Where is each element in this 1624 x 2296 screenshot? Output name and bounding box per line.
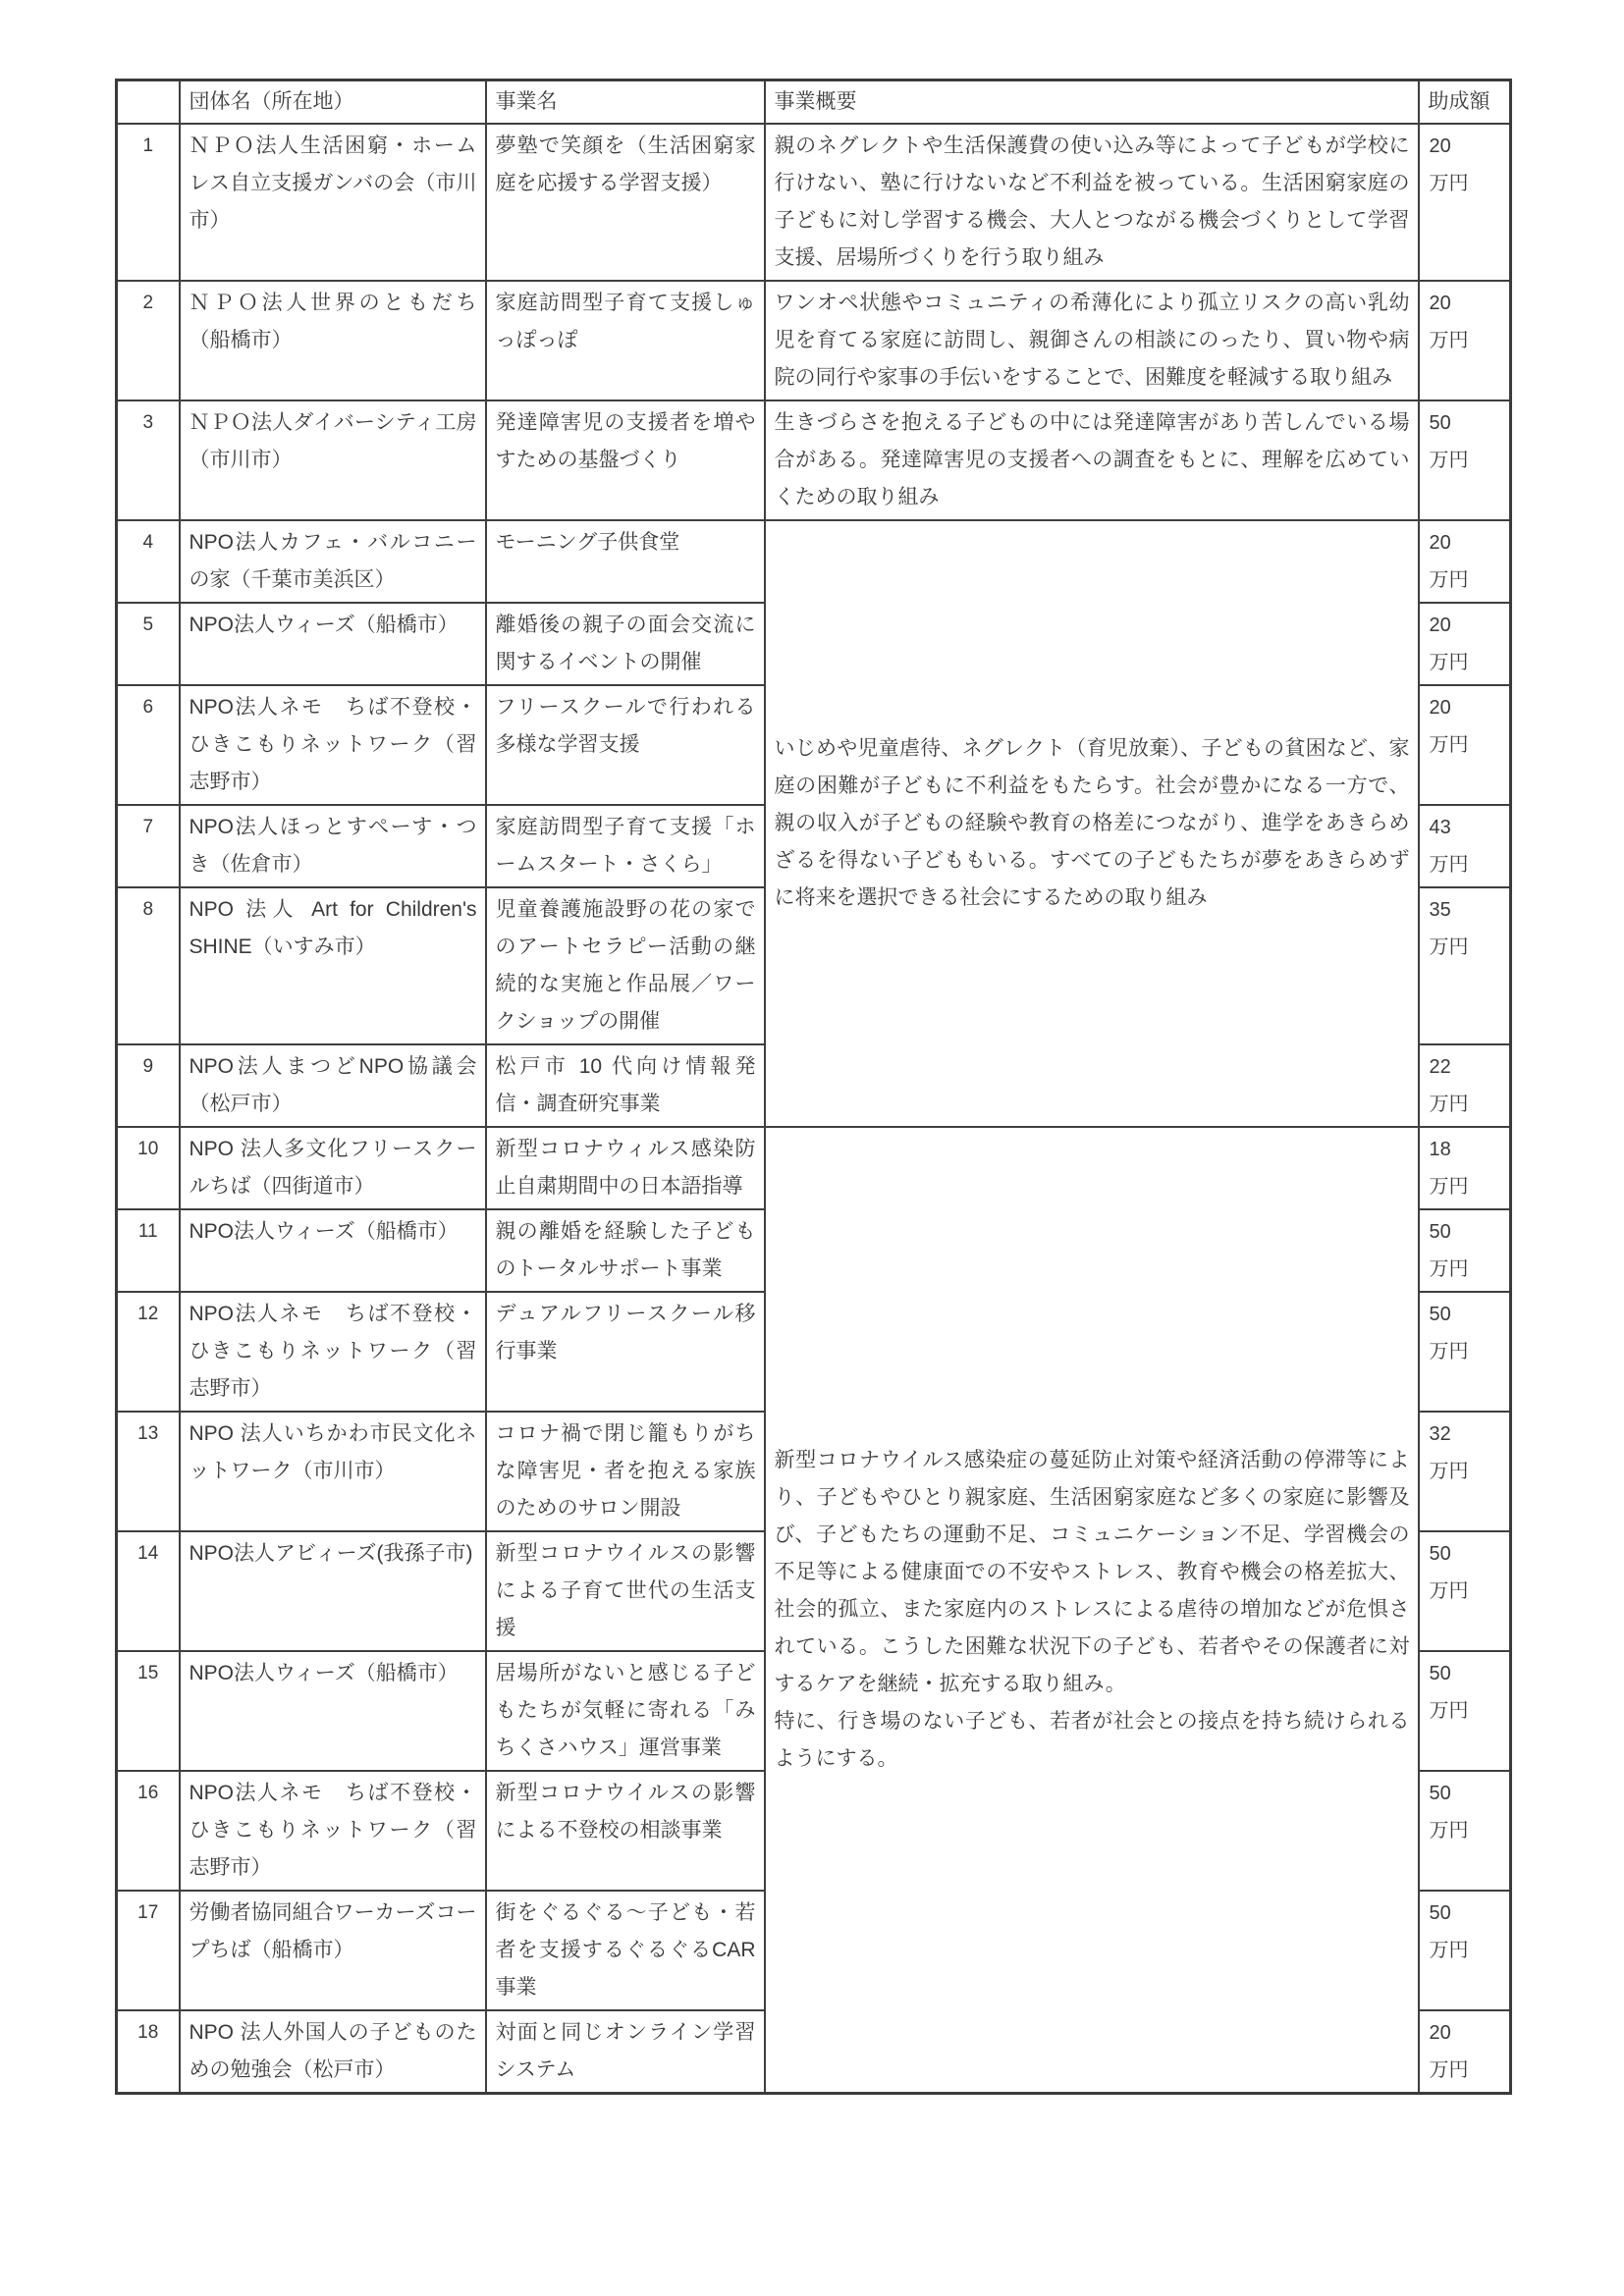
- grants-table: 団体名（所在地） 事業名 事業概要 助成額 1 ＮＰＯ法人生活困窮・ホームレス自…: [115, 79, 1512, 2095]
- row-number-cell: 11: [117, 1209, 180, 1292]
- grant-amount-unit: 万円: [1430, 1333, 1502, 1370]
- project-name-cell: 新型コロナウイルスの影響による不登校の相談事業: [486, 1771, 765, 1891]
- grant-amount-cell: 50 万円: [1419, 1531, 1511, 1651]
- summary-cell: ワンオペ状態やコミュニティの希薄化により孤立リスクの高い乳幼児を育てる家庭に訪問…: [765, 281, 1419, 400]
- row-number-cell: 10: [117, 1127, 180, 1209]
- grant-amount-unit: 万円: [1430, 165, 1502, 202]
- project-name-cell: 新型コロナウィルス感染防止自粛期間中の日本語指導: [486, 1127, 765, 1209]
- project-name-cell: 夢塾で笑顔を（生活困窮家庭を応援する学習支援）: [486, 124, 765, 281]
- table-body: 1 ＮＰＯ法人生活困窮・ホームレス自立支援ガンバの会（市川市） 夢塾で笑顔を（生…: [117, 124, 1511, 2094]
- row-number-cell: 16: [117, 1771, 180, 1891]
- header-org-cell: 団体名（所在地）: [180, 80, 486, 125]
- row-number-cell: 15: [117, 1651, 180, 1771]
- project-name-cell: 対面と同じオンライン学習システム: [486, 2010, 765, 2094]
- row-number-cell: 5: [117, 603, 180, 685]
- org-name-cell: NPO法人ネモ ちば不登校・ひきこもりネットワーク（習志野市）: [180, 1771, 486, 1891]
- grant-amount-value: 20: [1430, 128, 1502, 165]
- org-name-cell: NPO法人ウィーズ（船橋市）: [180, 1209, 486, 1292]
- grant-amount-cell: 20 万円: [1419, 124, 1511, 281]
- grant-amount-unit: 万円: [1430, 561, 1502, 599]
- project-name-cell: モーニング子供食堂: [486, 520, 765, 603]
- row-number-cell: 12: [117, 1292, 180, 1412]
- merged-summary-paragraph-2: 特に、行き場のない子ども、若者が社会との接点を持ち続けられるようにする。: [775, 1703, 1410, 1778]
- org-name-cell: NPO法人ウィーズ（船橋市）: [180, 603, 486, 685]
- org-name-cell: NPO法人ウィーズ（船橋市）: [180, 1651, 486, 1771]
- org-name-cell: NPO法人カフェ・バルコニーの家（千葉市美浜区）: [180, 520, 486, 603]
- org-name-cell: 労働者協同組合ワーカーズコープちば（船橋市）: [180, 1891, 486, 2010]
- project-name-cell: 家庭訪問型子育て支援「ホームスタート・さくら」: [486, 805, 765, 887]
- document-page: 団体名（所在地） 事業名 事業概要 助成額 1 ＮＰＯ法人生活困窮・ホームレス自…: [0, 0, 1624, 2296]
- summary-cell: 親のネグレクトや生活保護費の使い込み等によって子どもが学校に行けない、塾に行けな…: [765, 124, 1419, 281]
- grant-amount-value: 20: [1430, 524, 1502, 561]
- grant-amount-cell: 50 万円: [1419, 1209, 1511, 1292]
- grant-amount-value: 18: [1430, 1131, 1502, 1168]
- grant-amount-value: 50: [1430, 1535, 1502, 1573]
- grant-amount-unit: 万円: [1430, 644, 1502, 681]
- grant-amount-unit: 万円: [1430, 846, 1502, 883]
- grant-amount-unit: 万円: [1430, 1573, 1502, 1610]
- grant-amount-unit: 万円: [1430, 1812, 1502, 1849]
- grant-amount-cell: 20 万円: [1419, 603, 1511, 685]
- grant-amount-cell: 50 万円: [1419, 1771, 1511, 1891]
- project-name-cell: 居場所がないと感じる子どもたちが気軽に寄れる「みちくさハウス」運営事業: [486, 1651, 765, 1771]
- project-name-cell: 離婚後の親子の面会交流に関するイベントの開催: [486, 603, 765, 685]
- table-row-3: 3 ＮＰＯ法人ダイバーシティ工房（市川市） 発達障害児の支援者を増やすための基盤…: [117, 400, 1511, 520]
- org-name-cell: NPO 法人 Art for Children's SHINE（いすみ市）: [180, 887, 486, 1044]
- row-number-cell: 1: [117, 124, 180, 281]
- grant-amount-value: 35: [1430, 891, 1502, 929]
- header-summary-cell: 事業概要: [765, 80, 1419, 125]
- header-row: 団体名（所在地） 事業名 事業概要 助成額: [117, 80, 1511, 125]
- grant-amount-cell: 50 万円: [1419, 1651, 1511, 1771]
- org-name-cell: NPO 法人外国人の子どものための勉強会（松戸市）: [180, 2010, 486, 2094]
- grant-amount-cell: 35 万円: [1419, 887, 1511, 1044]
- grant-amount-value: 50: [1430, 1895, 1502, 1932]
- grant-amount-unit: 万円: [1430, 1932, 1502, 1969]
- project-name-cell: 児童養護施設野の花の家でのアートセラピー活動の継続的な実施と作品展／ワークショッ…: [486, 887, 765, 1044]
- table-row-1: 1 ＮＰＯ法人生活困窮・ホームレス自立支援ガンバの会（市川市） 夢塾で笑顔を（生…: [117, 124, 1511, 281]
- grant-amount-unit: 万円: [1430, 726, 1502, 764]
- table-row-2: 2 ＮＰＯ法人世界のともだち（船橋市） 家庭訪問型子育て支援しゅっぽっぽ ワンオ…: [117, 281, 1511, 400]
- grant-amount-cell: 43 万円: [1419, 805, 1511, 887]
- table-row-10: 10 NPO 法人多文化フリースクールちば（四街道市） 新型コロナウィルス感染防…: [117, 1127, 1511, 1209]
- org-name-cell: NPO法人ネモ ちば不登校・ひきこもりネットワーク（習志野市）: [180, 685, 486, 805]
- grant-amount-cell: 20 万円: [1419, 281, 1511, 400]
- org-name-cell: NPO 法人多文化フリースクールちば（四街道市）: [180, 1127, 486, 1209]
- table-header: 団体名（所在地） 事業名 事業概要 助成額: [117, 80, 1511, 125]
- project-name-cell: 松戸市 10 代向け情報発信・調査研究事業: [486, 1044, 765, 1127]
- org-name-cell: NPO法人まつどNPO協議会（松戸市）: [180, 1044, 486, 1127]
- grant-amount-unit: 万円: [1430, 2052, 1502, 2089]
- grant-amount-cell: 22 万円: [1419, 1044, 1511, 1127]
- org-name-cell: NPO法人ほっとすぺーす・つき（佐倉市）: [180, 805, 486, 887]
- grant-amount-unit: 万円: [1430, 929, 1502, 966]
- grant-amount-cell: 50 万円: [1419, 400, 1511, 520]
- row-number-cell: 17: [117, 1891, 180, 2010]
- grant-amount-value: 20: [1430, 607, 1502, 644]
- header-project-cell: 事業名: [486, 80, 765, 125]
- grant-amount-unit: 万円: [1430, 1453, 1502, 1490]
- grant-amount-value: 43: [1430, 809, 1502, 846]
- grant-amount-value: 50: [1430, 1655, 1502, 1692]
- grant-amount-value: 20: [1430, 2014, 1502, 2052]
- project-name-cell: デュアルフリースクール移行事業: [486, 1292, 765, 1412]
- org-name-cell: ＮＰＯ法人生活困窮・ホームレス自立支援ガンバの会（市川市）: [180, 124, 486, 281]
- project-name-cell: 家庭訪問型子育て支援しゅっぽっぽ: [486, 281, 765, 400]
- grant-amount-unit: 万円: [1430, 1168, 1502, 1205]
- grant-amount-value: 22: [1430, 1048, 1502, 1086]
- grant-amount-unit: 万円: [1430, 442, 1502, 479]
- grant-amount-cell: 20 万円: [1419, 2010, 1511, 2094]
- row-number-cell: 3: [117, 400, 180, 520]
- row-number-cell: 14: [117, 1531, 180, 1651]
- project-name-cell: 親の離婚を経験した子どものトータルサポート事業: [486, 1209, 765, 1292]
- org-name-cell: NPO 法人いちかわ市民文化ネットワーク（市川市）: [180, 1412, 486, 1531]
- merged-summary-cell-rows10-18: 新型コロナウイルス感染症の蔓延防止対策や経済活動の停滞等により、子どもやひとり親…: [765, 1127, 1419, 2094]
- project-name-cell: 新型コロナウイルスの影響による子育て世代の生活支援: [486, 1531, 765, 1651]
- grant-amount-value: 20: [1430, 285, 1502, 322]
- table-row-4: 4 NPO法人カフェ・バルコニーの家（千葉市美浜区） モーニング子供食堂 いじめ…: [117, 520, 1511, 603]
- grant-amount-value: 50: [1430, 404, 1502, 442]
- grant-amount-cell: 18 万円: [1419, 1127, 1511, 1209]
- grant-amount-value: 20: [1430, 689, 1502, 726]
- grant-amount-unit: 万円: [1430, 1251, 1502, 1288]
- row-number-cell: 6: [117, 685, 180, 805]
- row-number-cell: 7: [117, 805, 180, 887]
- org-name-cell: ＮＰＯ法人ダイバーシティ工房（市川市）: [180, 400, 486, 520]
- grant-amount-value: 32: [1430, 1415, 1502, 1453]
- project-name-cell: フリースクールで行われる多様な学習支援: [486, 685, 765, 805]
- project-name-cell: 発達障害児の支援者を増やすための基盤づくり: [486, 400, 765, 520]
- org-name-cell: ＮＰＯ法人世界のともだち（船橋市）: [180, 281, 486, 400]
- merged-summary-paragraph-1: 新型コロナウイルス感染症の蔓延防止対策や経済活動の停滞等により、子どもやひとり親…: [775, 1442, 1410, 1703]
- row-number-cell: 9: [117, 1044, 180, 1127]
- merged-summary-cell-rows4-9: いじめや児童虐待、ネグレクト（育児放棄）、子どもの貧困など、家庭の困難が子どもに…: [765, 520, 1419, 1127]
- grant-amount-value: 50: [1430, 1213, 1502, 1251]
- grant-amount-value: 50: [1430, 1296, 1502, 1333]
- grant-amount-cell: 50 万円: [1419, 1891, 1511, 2010]
- grant-amount-value: 50: [1430, 1775, 1502, 1812]
- row-number-cell: 4: [117, 520, 180, 603]
- grant-amount-cell: 20 万円: [1419, 520, 1511, 603]
- org-name-cell: NPO法人アビィーズ(我孫子市): [180, 1531, 486, 1651]
- grant-amount-unit: 万円: [1430, 1692, 1502, 1730]
- project-name-cell: 街をぐるぐる～子ども・若者を支援するぐるぐるCAR事業: [486, 1891, 765, 2010]
- summary-cell: 生きづらさを抱える子どもの中には発達障害があり苦しんでいる場合がある。発達障害児…: [765, 400, 1419, 520]
- header-blank-cell: [117, 80, 180, 125]
- grant-amount-cell: 50 万円: [1419, 1292, 1511, 1412]
- header-amount-cell: 助成額: [1419, 80, 1511, 125]
- org-name-cell: NPO法人ネモ ちば不登校・ひきこもりネットワーク（習志野市）: [180, 1292, 486, 1412]
- project-name-cell: コロナ禍で閉じ籠もりがちな障害児・者を抱える家族のためのサロン開設: [486, 1412, 765, 1531]
- row-number-cell: 18: [117, 2010, 180, 2094]
- grant-amount-unit: 万円: [1430, 1086, 1502, 1123]
- row-number-cell: 2: [117, 281, 180, 400]
- grant-amount-cell: 20 万円: [1419, 685, 1511, 805]
- grant-amount-cell: 32 万円: [1419, 1412, 1511, 1531]
- row-number-cell: 13: [117, 1412, 180, 1531]
- row-number-cell: 8: [117, 887, 180, 1044]
- grant-amount-unit: 万円: [1430, 322, 1502, 359]
